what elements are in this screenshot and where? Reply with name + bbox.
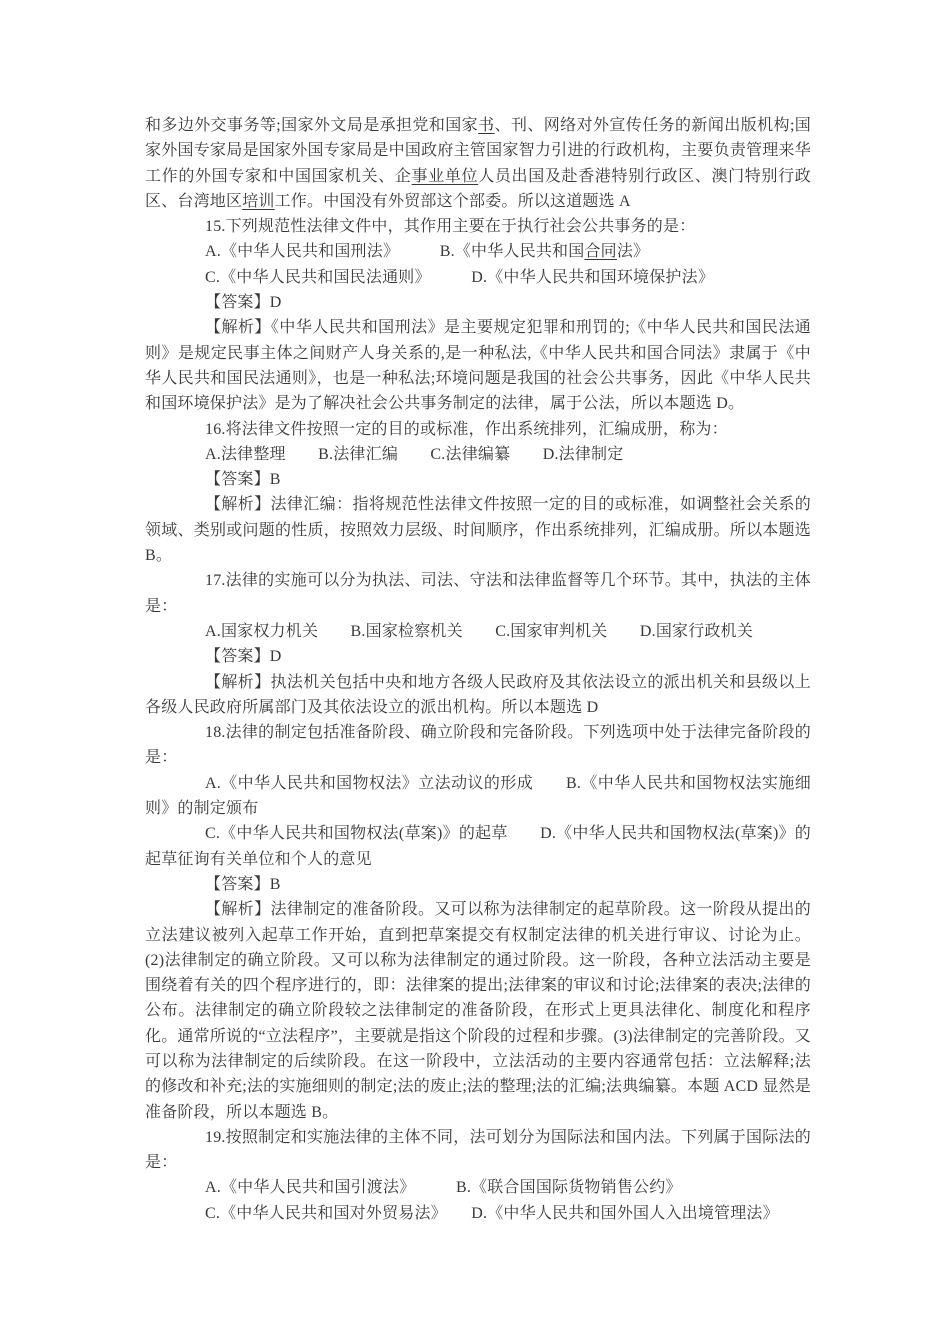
analysis-18: 【解析】法律制定的准备阶段。又可以称为法律制定的起草阶段。这一阶段从提出的立法建… [145,897,811,1125]
question-17: 17.法律的实施可以分为执法、司法、守法和法律监督等几个环节。其中，执法的主体是… [145,568,811,619]
text-run: 【答案】B [205,876,281,893]
text-run: 【解析】《中华人民共和国刑法》是主要规定犯罪和刑罚的;《中华人民共和国民法通则》… [145,319,811,412]
text-run: A.《中华人民共和国引渡法》 B.《联合国国际货物销售公约》 [205,1179,682,1196]
options-18-ab: A.《中华人民共和国物权法》立法动议的形成 B.《中华人民共和国物权法实施细则》… [145,771,811,822]
answer-17: 【答案】D [145,644,811,669]
answer-16: 【答案】B [145,467,811,492]
underlined-text-run: 书 [478,117,494,134]
analysis-15: 【解析】《中华人民共和国刑法》是主要规定犯罪和刑罚的;《中华人民共和国民法通则》… [145,315,811,416]
text-run: A.国家权力机关 B.国家检察机关 C.国家审判机关 D.国家行政机关 [205,623,753,640]
text-run: 工作。中国没有外贸部这个部委。所以这道题选 A [275,193,631,210]
text-run: C.《中华人民共和国物权法(草案)》的起草 D.《中华人民共和国物权法(草案)》… [145,825,811,867]
text-run: 18.法律的制定包括准备阶段、确立阶段和完备阶段。下列选项中处于法律完备阶段的是… [145,724,811,766]
document-body: 和多边外交事务等;国家外文局是承担党和国家书、刊、网络对外宣传任务的新闻出版机构… [145,113,811,1226]
prev-answer-continuation: 和多边外交事务等;国家外文局是承担党和国家书、刊、网络对外宣传任务的新闻出版机构… [145,113,811,214]
question-19: 19.按照制定和实施法律的主体不同，法可划分为国际法和国内法。下列属于国际法的是… [145,1125,811,1176]
answer-15: 【答案】D [145,290,811,315]
text-run: 【答案】B [205,471,281,488]
question-18: 18.法律的制定包括准备阶段、确立阶段和完备阶段。下列选项中处于法律完备阶段的是… [145,720,811,771]
underlined-text-run: 合同 [584,243,616,260]
text-run: A.法律整理 B.法律汇编 C.法律编纂 D.法律制定 [205,446,623,463]
text-run: 法》 [617,243,649,260]
text-run: 和多边外交事务等;国家外文局是承担党和国家 [145,117,478,134]
options-16: A.法律整理 B.法律汇编 C.法律编纂 D.法律制定 [145,442,811,467]
text-run: 【解析】执法机关包括中央和地方各级人民政府及其依法设立的派出机关和县级以上各级人… [145,674,811,716]
options-15-cd: C.《中华人民共和国民法通则》 D.《中华人民共和国环境保护法》 [145,265,811,290]
text-run: C.《中华人民共和国民法通则》 D.《中华人民共和国环境保护法》 [205,269,714,286]
underlined-text-run: 培训 [242,193,274,210]
options-19-cd: C.《中华人民共和国对外贸易法》 D.《中华人民共和国外国人入出境管理法》 [145,1201,811,1226]
answer-18: 【答案】B [145,872,811,897]
text-run: 【答案】D [205,648,282,665]
text-run: 15.下列规范性法律文件中，其作用主要在于执行社会公共事务的是： [205,218,695,235]
text-run: 16.将法律文件按照一定的目的或标准，作出系统排列，汇编成册，称为： [205,421,728,438]
options-18-cd: C.《中华人民共和国物权法(草案)》的起草 D.《中华人民共和国物权法(草案)》… [145,821,811,872]
analysis-17: 【解析】执法机关包括中央和地方各级人民政府及其依法设立的派出机关和县级以上各级人… [145,670,811,721]
question-15: 15.下列规范性法律文件中，其作用主要在于执行社会公共事务的是： [145,214,811,239]
options-19-ab: A.《中华人民共和国引渡法》 B.《联合国国际货物销售公约》 [145,1175,811,1200]
text-run: 19.按照制定和实施法律的主体不同，法可划分为国际法和国内法。下列属于国际法的是… [145,1129,811,1171]
question-16: 16.将法律文件按照一定的目的或标准，作出系统排列，汇编成册，称为： [145,417,811,442]
text-run: 17.法律的实施可以分为执法、司法、守法和法律监督等几个环节。其中，执法的主体是… [145,572,811,614]
analysis-16: 【解析】法律汇编：指将规范性法律文件按照一定的目的或标准，如调整社会关系的领域、… [145,492,811,568]
text-run: A.《中华人民共和国物权法》立法动议的形成 B.《中华人民共和国物权法实施细则》… [145,775,811,817]
document-page: 和多边外交事务等;国家外文局是承担党和国家书、刊、网络对外宣传任务的新闻出版机构… [0,0,950,1344]
text-run: C.《中华人民共和国对外贸易法》 D.《中华人民共和国外国人入出境管理法》 [205,1205,779,1222]
text-run: 【解析】法律汇编：指将规范性法律文件按照一定的目的或标准，如调整社会关系的领域、… [145,496,811,564]
text-run: 【解析】法律制定的准备阶段。又可以称为法律制定的起草阶段。这一阶段从提出的立法建… [145,901,811,1120]
text-run: A.《中华人民共和国刑法》 B.《中华人民共和国 [205,243,584,260]
text-run: 【答案】D [205,294,282,311]
options-15-ab: A.《中华人民共和国刑法》 B.《中华人民共和国合同法》 [145,239,811,264]
options-17: A.国家权力机关 B.国家检察机关 C.国家审判机关 D.国家行政机关 [145,619,811,644]
underlined-text-run: 事业单位 [412,168,479,185]
